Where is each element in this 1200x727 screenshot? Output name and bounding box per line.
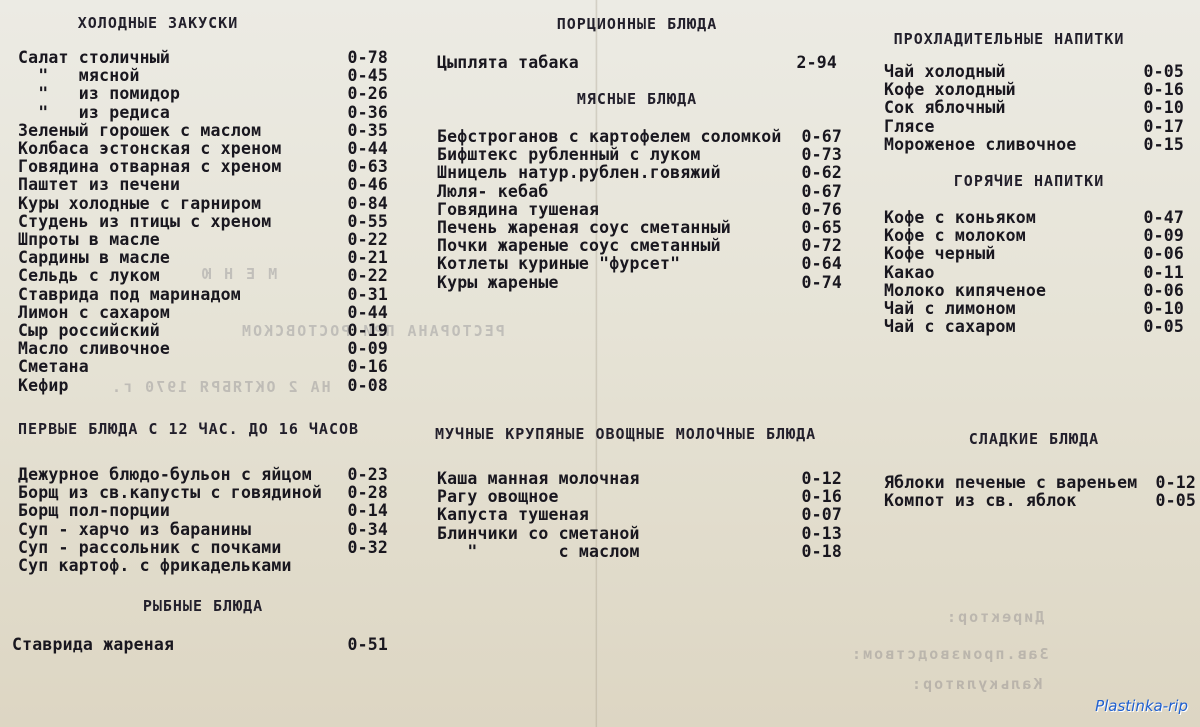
section-title-fish: РЫБНЫЕ БЛЮДА (118, 597, 288, 615)
section-portion-dishes: Цыплята табака2-94 (437, 54, 837, 72)
menu-item: Цыплята табака2-94 (437, 54, 837, 72)
menu-item: Бефстроганов с картофелем соломкой0-67 (437, 128, 842, 146)
menu-item: Чай с сахаром0-05 (884, 318, 1184, 336)
menu-item: Мороженое сливочное0-15 (884, 136, 1184, 154)
section-title-portion-dishes: ПОРЦИОННЫЕ БЛЮДА (517, 15, 757, 33)
menu-item: Ставрида жареная0-51 (12, 636, 388, 654)
menu-item: Люля- кебаб0-67 (437, 183, 842, 201)
section-title-cold-drinks: ПРОХЛАДИТЕЛЬНЫЕ НАПИТКИ (884, 30, 1134, 48)
menu-item: Кофе с коньяком0-47 (884, 209, 1184, 227)
menu-item: Сок яблочный0-10 (884, 99, 1184, 117)
menu-item: Сельдь с луком0-22 (18, 267, 388, 285)
menu-item: Сардины в масле0-21 (18, 249, 388, 267)
section-cold-appetizers: Салат столичный0-78 " мясной0-45 " из по… (18, 49, 388, 395)
section-title-first-courses: ПЕРВЫЕ БЛЮДА С 12 ЧАС. ДО 16 ЧАСОВ (18, 420, 388, 438)
menu-item: Масло сливочное0-09 (18, 340, 388, 358)
menu-item: Кофе черный0-06 (884, 245, 1184, 263)
menu-item: Борщ пол-порции0-14 (18, 502, 388, 520)
menu-item: Яблоки печеные с вареньем0-12 (884, 474, 1196, 492)
menu-item: Какао0-11 (884, 264, 1184, 282)
section-title-meat-dishes: МЯСНЫЕ БЛЮДА (547, 90, 727, 108)
menu-item: Суп - харчо из баранины0-34 (18, 521, 388, 539)
menu-item: Шницель натур.рублен.говяжий0-62 (437, 164, 842, 182)
paper-fold (595, 0, 598, 727)
bleed-production: Зав.производством: (850, 645, 1049, 663)
menu-item: Кефир0-08 (18, 377, 388, 395)
menu-item: Студень из птицы с хреном0-55 (18, 213, 388, 231)
menu-item: Лимон с сахаром0-44 (18, 304, 388, 322)
menu-item: Суп картоф. с фрикадельками (18, 557, 388, 575)
section-first-courses: Дежурное блюдо-бульон с яйцом0-23 Борщ и… (18, 466, 388, 575)
menu-item: Бифштекс рубленный с луком0-73 (437, 146, 842, 164)
menu-item: Говядина тушеная0-76 (437, 201, 842, 219)
menu-item: Сметана0-16 (18, 358, 388, 376)
menu-item: Чай холодный0-05 (884, 63, 1184, 81)
section-desserts: Яблоки печеные с вареньем0-12 Компот из … (884, 474, 1196, 510)
menu-item: Компот из св. яблок0-05 (884, 492, 1196, 510)
menu-item: " мясной0-45 (18, 67, 388, 85)
menu-item: Капуста тушеная0-07 (437, 506, 842, 524)
menu-item: Говядина отварная с хреном0-63 (18, 158, 388, 176)
menu-item: Чай с лимоном0-10 (884, 300, 1184, 318)
menu-item: Суп - рассольник с почками0-32 (18, 539, 388, 557)
menu-item: Сыр российский0-19 (18, 322, 388, 340)
menu-item: Борщ из св.капусты с говядиной0-28 (18, 484, 388, 502)
section-hot-drinks: Кофе с коньяком0-47 Кофе с молоком0-09 К… (884, 209, 1184, 336)
menu-item: Почки жареные соус сметанный0-72 (437, 237, 842, 255)
watermark-logo: Plastinka-rip (1095, 697, 1188, 715)
bleed-calculator: Калькулятор: (910, 675, 1042, 693)
section-title-desserts: СЛАДКИЕ БЛЮДА (959, 430, 1109, 448)
menu-item: Глясе0-17 (884, 118, 1184, 136)
menu-item: Молоко кипяченое0-06 (884, 282, 1184, 300)
menu-item: Блинчики со сметаной0-13 (437, 525, 842, 543)
menu-item: Паштет из печени0-46 (18, 176, 388, 194)
section-fish: Ставрида жареная0-51 (12, 636, 388, 654)
section-flour-cereal-vegetable-dairy: Каша манная молочная0-12 Рагу овощное0-1… (437, 470, 842, 561)
menu-item: " из помидор0-26 (18, 85, 388, 103)
menu-item: Печень жареная соус сметанный0-65 (437, 219, 842, 237)
menu-item: Куры жареные0-74 (437, 274, 842, 292)
section-meat-dishes: Бефстроганов с картофелем соломкой0-67 Б… (437, 128, 842, 292)
menu-item: Дежурное блюдо-бульон с яйцом0-23 (18, 466, 388, 484)
menu-item: Шпроты в масле0-22 (18, 231, 388, 249)
menu-item: " из редиса0-36 (18, 104, 388, 122)
section-title-hot-drinks: ГОРЯЧИЕ НАПИТКИ (939, 172, 1119, 190)
menu-item: Колбаса эстонская с хреном0-44 (18, 140, 388, 158)
menu-item: Салат столичный0-78 (18, 49, 388, 67)
section-cold-drinks: Чай холодный0-05 Кофе холодный0-16 Сок я… (884, 63, 1184, 154)
menu-item: Кофе холодный0-16 (884, 81, 1184, 99)
menu-item: Ставрида под маринадом0-31 (18, 286, 388, 304)
menu-item: Котлеты куриные "фурсет"0-64 (437, 255, 842, 273)
menu-item: Каша манная молочная0-12 (437, 470, 842, 488)
section-title-flour-cereal-vegetable-dairy: МУЧНЫЕ КРУПЯНЫЕ ОВОЩНЫЕ МОЛОЧНЫЕ БЛЮДА (435, 425, 865, 443)
menu-item: Рагу овощное0-16 (437, 488, 842, 506)
menu-item: " с маслом0-18 (437, 543, 842, 561)
menu-item: Куры холодные с гарниром0-84 (18, 195, 388, 213)
menu-item: Кофе с молоком0-09 (884, 227, 1184, 245)
section-title-cold-appetizers: ХОЛОДНЫЕ ЗАКУСКИ (18, 14, 298, 32)
menu-item: Зеленый горошек с маслом0-35 (18, 122, 388, 140)
bleed-director: Директор: (945, 608, 1044, 626)
